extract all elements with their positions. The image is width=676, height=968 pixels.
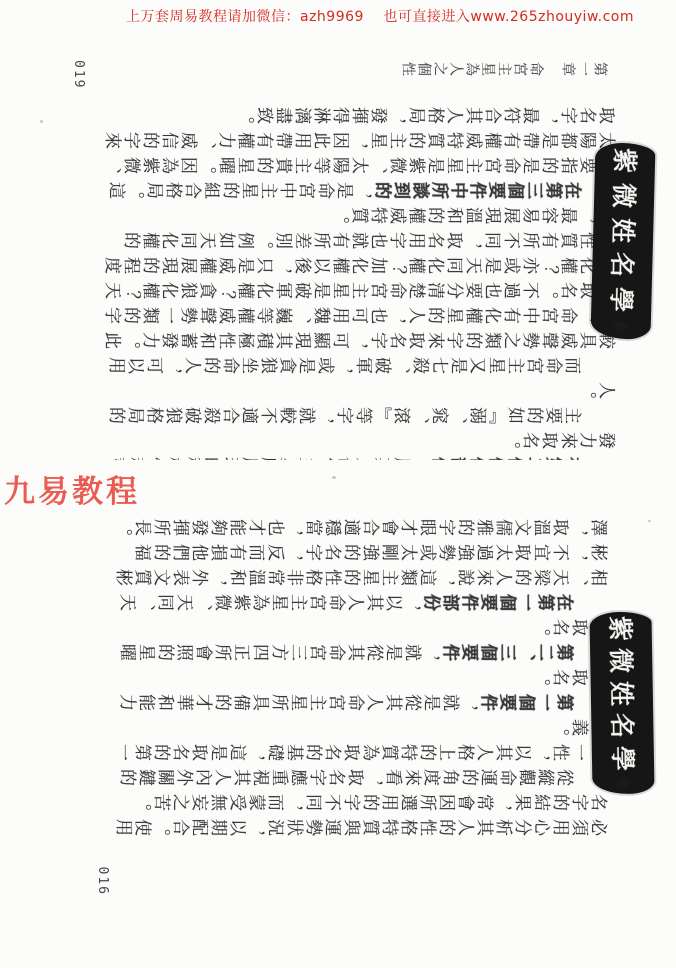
running-header: 第一章 命宮主星為人之個性 <box>400 58 608 78</box>
bold-heading-text: 在第三個要件中所談到的 <box>373 178 582 198</box>
scan-paragraph: 必須用心分析其人的性格特質與運勢狀況，以期配合。使用名字的結果，常會因所選用的字… <box>103 787 608 837</box>
scan-speck <box>332 476 336 479</box>
page-scan-top: 第一章 命宮主星為人之個性 在第二個條件部份，用其人命宮主星所展現的積極性和蓄發… <box>55 50 620 460</box>
scan-paragraph: 在第三個要件中所談到的，是命宮中主星的組合格局。這主要指的是命宮主星是紫微、太陽… <box>103 100 616 200</box>
body-text: 必須用心分析其人的性格特質與運勢狀況，以期配合。使用名字的結果，常會因所選用的字… <box>114 790 608 835</box>
scan-paragraph: 第二、三個要件，就是從其命宮三方四正所會照的星曜來取名。 <box>103 612 608 662</box>
page-number-016: 016 <box>95 867 110 896</box>
bold-heading-text: 在第二個條件部份 <box>430 453 582 460</box>
scan-speck <box>40 120 43 123</box>
scan-paragraph: 主要的如『溺、窕、滾』等字，就較不適合殺破狼格局的人。 <box>103 375 616 425</box>
scan-paragraph: 而命宮主星又是七殺、破軍，或是貪狼坐命的人，可以用較具威聲勢之類的字來取名字，可… <box>103 200 616 375</box>
stamp-character: 姓 <box>610 217 636 243</box>
promo-header-text: 上万套周易教程请加微信：azh9969 也可直接进入www.265zhouyiw… <box>126 6 666 26</box>
stamp-character: 學 <box>610 746 635 771</box>
scan-paragraph: 在第二個條件部份，用其人命宮主星所展現的積極性和蓄發力來取名。 <box>103 425 616 460</box>
stamp-character: 紫 <box>612 148 638 174</box>
bold-heading-text: 第一個要件 <box>479 690 574 710</box>
body-text: 從縱觀命運的角度來看，取名字應重視其人內外關鍵的統一性，以其人格上的特質為取名的… <box>114 715 608 785</box>
scan-paragraph: 第一個要件，就是從其人命宮主星所具備的才華和能力來取名。 <box>103 662 608 712</box>
stamp-character: 學 <box>609 287 635 313</box>
title-stamp-icon: 紫微姓名學 <box>590 142 655 340</box>
page-019: 第一章 命宮主星為人之個性 在第二個條件部份，用其人命宮主星所展現的積極性和蓄發… <box>55 50 620 460</box>
bold-heading-text: 第二、三個要件 <box>441 640 574 660</box>
stamp-character: 紫 <box>608 616 633 641</box>
page-scan-bottom: 必須用心分析其人的性格特質與運勢狀況，以期配合。使用名字的結果，常會因所選用的字… <box>55 500 620 930</box>
stamp-character: 微 <box>609 648 634 673</box>
body-text: 主要的如『溺、窕、滾』等字，就較不適合殺破狼格局的人。 <box>107 378 616 423</box>
stamp-character: 微 <box>611 182 637 208</box>
stamp-character: 名 <box>610 252 636 278</box>
scanned-book-page: { "header": { "promo_text": "上万套周易教程请加微信… <box>0 0 676 968</box>
scan-speck <box>648 520 651 522</box>
body-text: 而命宮主星又是七殺、破軍，或是貪狼坐命的人，可以用較具威聲勢之類的字來取名字，可… <box>103 203 616 373</box>
title-stamp-icon: 紫微姓名學 <box>589 611 654 794</box>
page-016-text: 必須用心分析其人的性格特質與運勢狀況，以期配合。使用名字的結果，常會因所選用的字… <box>55 500 620 909</box>
stamp-character: 姓 <box>609 681 634 706</box>
stamp-character: 名 <box>610 713 635 738</box>
page-016: 必須用心分析其人的性格特質與運勢狀況，以期配合。使用名字的結果，常會因所選用的字… <box>55 500 620 930</box>
scan-paragraph: 從縱觀命運的角度來看，取名字應重視其人內外關鍵的統一性，以其人格上的特質為取名的… <box>103 712 608 787</box>
page-number-019: 019 <box>71 60 86 89</box>
bold-heading-text: 在第一個要件部份 <box>422 590 574 610</box>
scan-paragraph: 在第一個要件部份，以其人命宮主星為紫微、天同、天相、天梁的人來說，這類主星的性格… <box>103 512 608 612</box>
page-019-text: 在第二個條件部份，用其人命宮主星所展現的積極性和蓄發力來取名。主要的如『溺、窕、… <box>55 50 620 460</box>
